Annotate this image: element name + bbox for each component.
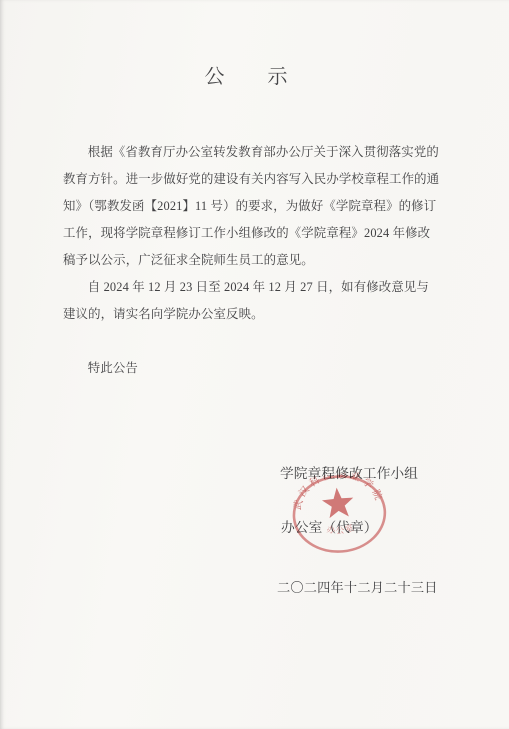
body-line: 教育方针。进一步做好党的建设有关内容写入民办学校章程工作的通 xyxy=(63,166,509,193)
announcement-title: 公 示 xyxy=(0,64,501,91)
announcement-page: 公 示 根据《省教育厅办公室转发教育部办公厅关于深入贯彻落实党的 教育方针。进一… xyxy=(0,0,509,729)
signature-workgroup: 学院章程修改工作小组 xyxy=(280,467,418,481)
body-line: 建议的，请实名向学院办公室反映。 xyxy=(63,301,509,328)
signature-date: 二〇二四年十二月二十三日 xyxy=(277,581,438,595)
body-line: 特此公告 xyxy=(63,355,509,382)
paragraph-basis: 根据《省教育厅办公室转发教育部办公厅关于深入贯彻落实党的 教育方针。进一步做好党… xyxy=(63,139,509,274)
announcement-body: 根据《省教育厅办公室转发教育部办公厅关于深入贯彻落实党的 教育方针。进一步做好党… xyxy=(63,139,509,382)
body-line: 稿予以公示，广泛征求全院师生员工的意见。 xyxy=(63,247,509,274)
seal-star-icon xyxy=(321,486,355,518)
body-line: 自 2024 年 12 月 23 日至 2024 年 12 月 27 日，如有修… xyxy=(63,274,509,301)
body-line: 知》（鄂教发函【2021】11 号）的要求，为做好《学院章程》的修订 xyxy=(63,193,509,220)
paragraph-feedback-period: 自 2024 年 12 月 23 日至 2024 年 12 月 27 日，如有修… xyxy=(63,274,509,328)
body-line: 根据《省教育厅办公室转发教育部办公厅关于深入贯彻落实党的 xyxy=(63,139,509,166)
signature-office: 办公室（代章） xyxy=(281,521,378,535)
body-line: 工作，现将学院章程修订工作小组修改的《学院章程》2024 年修改 xyxy=(63,220,509,247)
seal-circle xyxy=(291,473,388,556)
paragraph-closing: 特此公告 xyxy=(63,355,509,382)
official-seal-stamp: 武汉科技职业学院 办公室 xyxy=(288,470,392,560)
seal-graphic: 武汉科技职业学院 办公室 xyxy=(288,470,392,560)
